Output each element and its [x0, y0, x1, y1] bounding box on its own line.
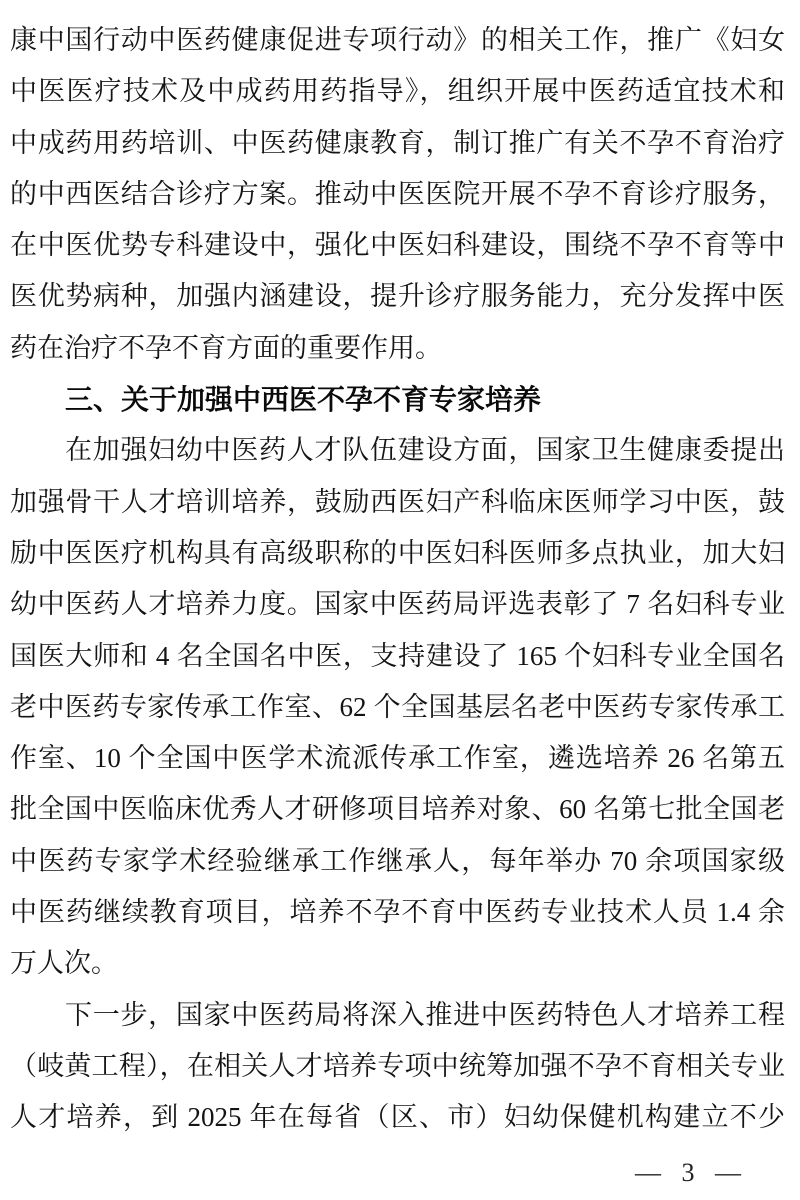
section-heading: 三、关于加强中西医不孕不育专家培养: [10, 374, 785, 425]
text-line: 老中医药专家传承工作室、62 个全国基层名老中医药专家传承工: [10, 682, 785, 733]
text-line: 人才培养，到 2025 年在每省（区、市）妇幼保健机构建立不少: [10, 1092, 785, 1143]
text-line: 在中医优势专科建设中，强化中医妇科建设，围绕不孕不育等中: [10, 220, 785, 271]
text-line: 康中国行动中医药健康促进专项行动》的相关工作，推广《妇女: [10, 15, 785, 66]
text-line: 励中医医疗机构具有高级职称的中医妇科医师多点执业，加大妇: [10, 528, 785, 579]
text-line: （岐黄工程），在相关人才培养专项中统筹加强不孕不育相关专业: [10, 1041, 785, 1092]
text-line: 医优势病种，加强内涵建设，提升诊疗服务能力，充分发挥中医: [10, 271, 785, 322]
document-page: 康中国行动中医药健康促进专项行动》的相关工作，推广《妇女中医医疗技术及中成药用药…: [0, 0, 800, 1200]
text-line: 批全国中医临床优秀人才研修项目培养对象、60 名第七批全国老: [10, 784, 785, 835]
text-line: 中医药继续教育项目，培养不孕不育中医药专业技术人员 1.4 余: [10, 887, 785, 938]
page-number: — 3 —: [635, 1158, 748, 1188]
text-line: 在加强妇幼中医药人才队伍建设方面，国家卫生健康委提出: [10, 425, 785, 476]
text-line: 作室、10 个全国中医学术流派传承工作室，遴选培养 26 名第五: [10, 733, 785, 784]
text-line: 中医药专家学术经验继承工作继承人，每年举办 70 余项国家级: [10, 836, 785, 887]
text-line: 下一步，国家中医药局将深入推进中医药特色人才培养工程: [10, 990, 785, 1041]
text-line: 药在治疗不孕不育方面的重要作用。: [10, 323, 785, 374]
text-line: 中医医疗技术及中成药用药指导》，组织开展中医药适宜技术和: [10, 66, 785, 117]
text-line: 万人次。: [10, 938, 785, 989]
document-body: 康中国行动中医药健康促进专项行动》的相关工作，推广《妇女中医医疗技术及中成药用药…: [10, 15, 785, 1144]
text-line: 国医大师和 4 名全国名中医，支持建设了 165 个妇科专业全国名: [10, 631, 785, 682]
text-line: 幼中医药人才培养力度。国家中医药局评选表彰了 7 名妇科专业: [10, 579, 785, 630]
text-line: 加强骨干人才培训培养，鼓励西医妇产科临床医师学习中医，鼓: [10, 477, 785, 528]
text-line: 中成药用药培训、中医药健康教育，制订推广有关不孕不育治疗: [10, 118, 785, 169]
text-line: 的中西医结合诊疗方案。推动中医医院开展不孕不育诊疗服务，: [10, 169, 785, 220]
